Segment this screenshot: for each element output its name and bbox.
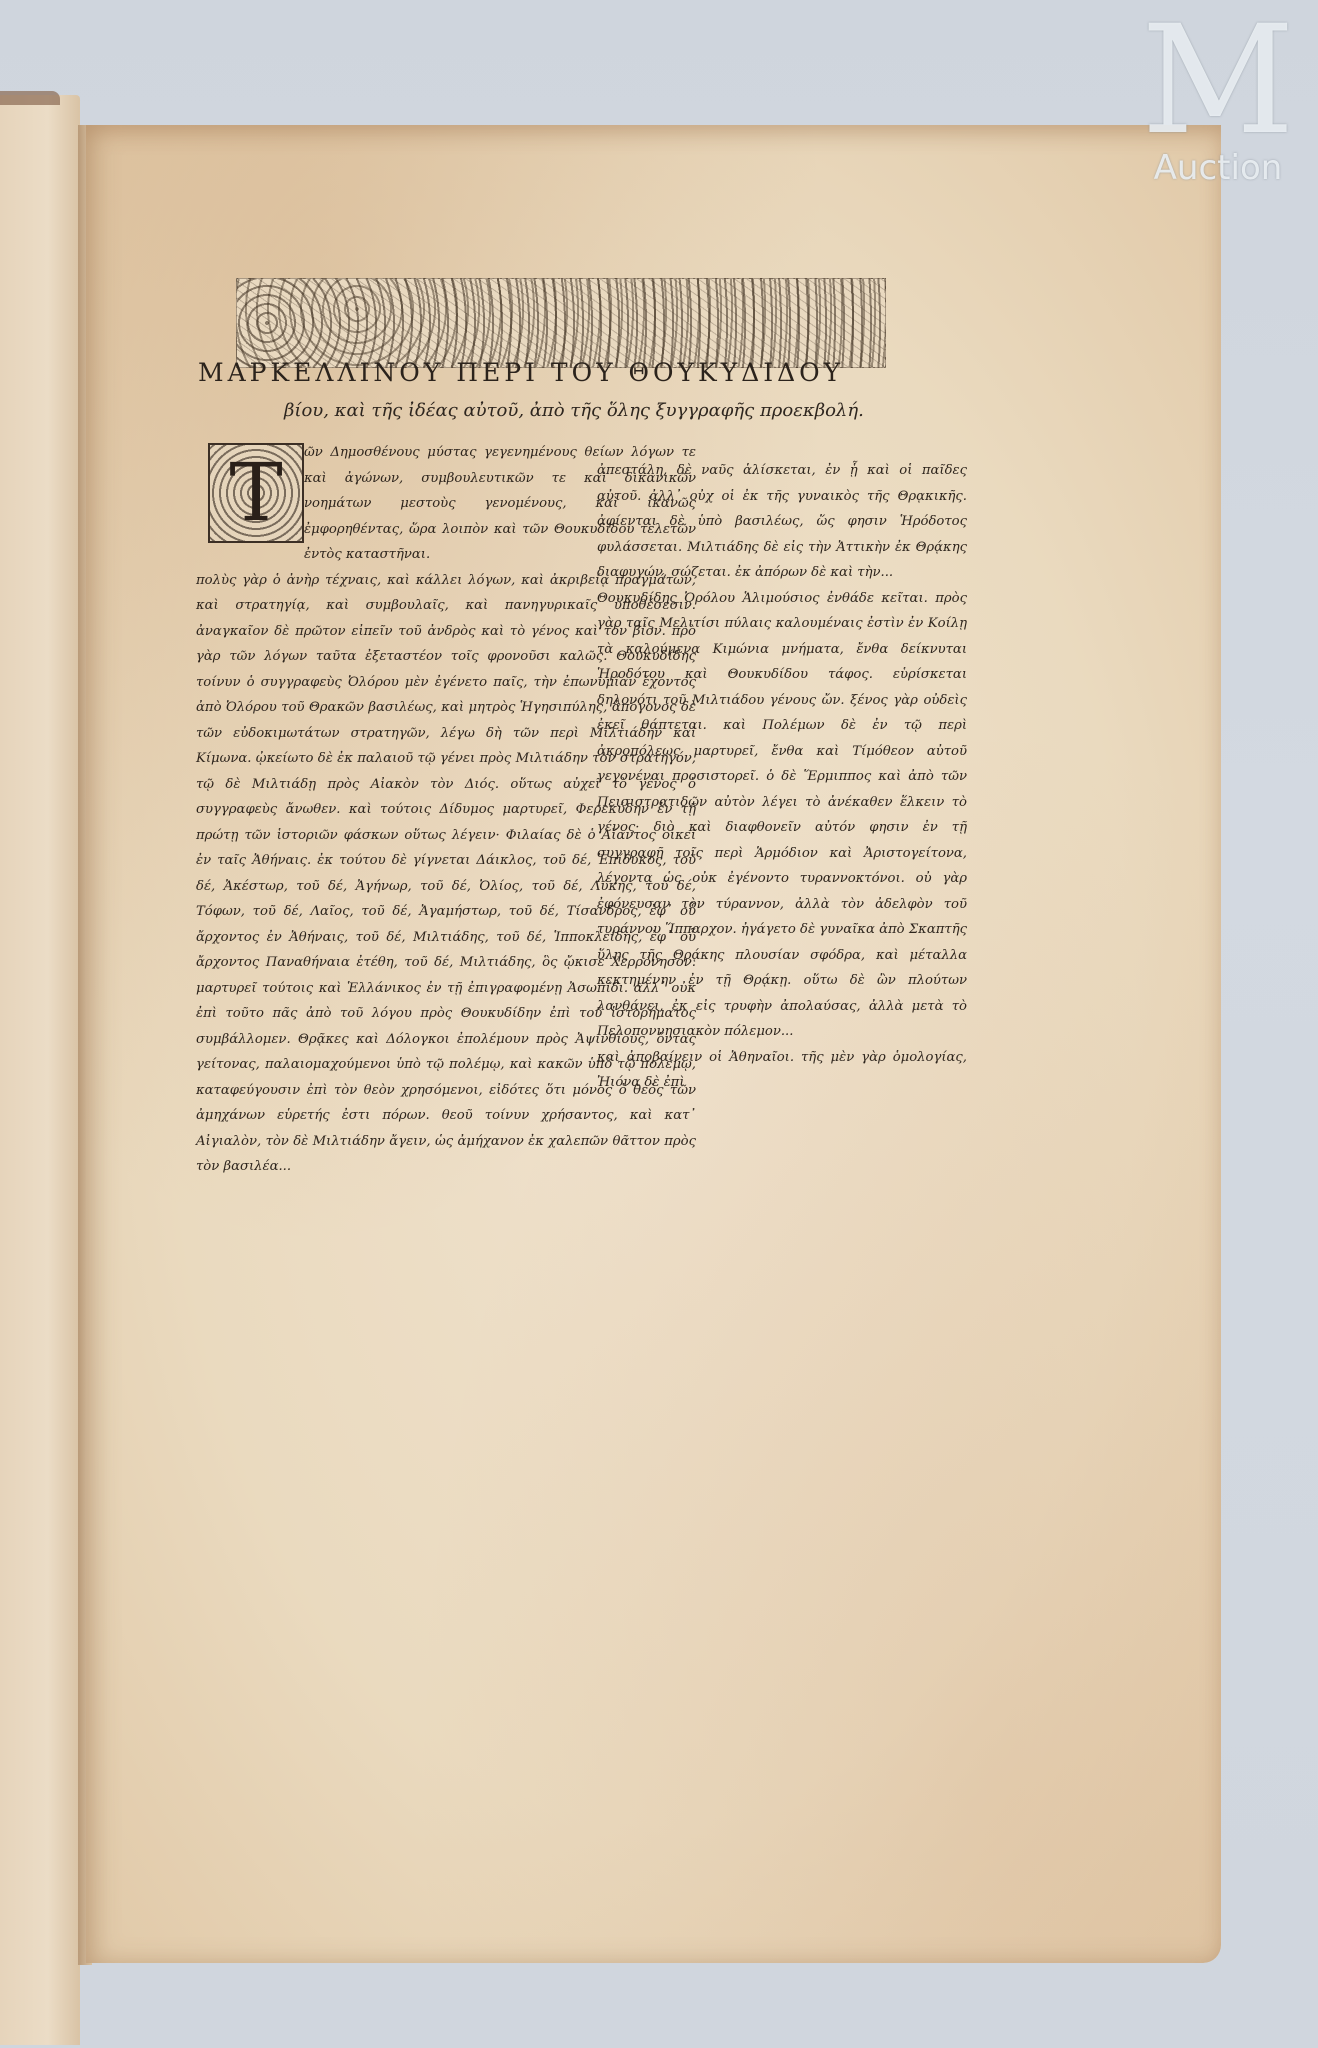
auction-watermark: M Auction: [1118, 6, 1318, 188]
right-column-body: Θουκυδίδης Ὀρόλου Ἁλιμούσιος ἐνθάδε κεῖτ…: [597, 586, 967, 1045]
page-subtitle: βίου, καὶ τῆς ἰδέας αὐτοῦ, ἀπὸ τῆς ὅλης …: [284, 400, 864, 421]
text-column-right: ἀπεστάλη, δὲ ναῦς ἁλίσκεται, ἐν ᾗ καὶ οἱ…: [597, 458, 967, 1096]
watermark-logo-letter: M: [1118, 6, 1318, 156]
right-column-end: καὶ ἀποβαίνειν οἱ Ἀθηναῖοι. τῆς μὲν γὰρ …: [597, 1045, 967, 1096]
left-page-edge: [0, 95, 80, 2045]
ornamental-headpiece: [236, 278, 886, 368]
page-title: ΜΑΡΚΕΛΛΙΝΟΥ ΠΕΡΙ ΤΟΥ ΘΟΥΚΥΔΙΔΟΥ: [198, 358, 938, 387]
right-column-intro: ἀπεστάλη, δὲ ναῦς ἁλίσκεται, ἐν ᾗ καὶ οἱ…: [597, 458, 967, 586]
